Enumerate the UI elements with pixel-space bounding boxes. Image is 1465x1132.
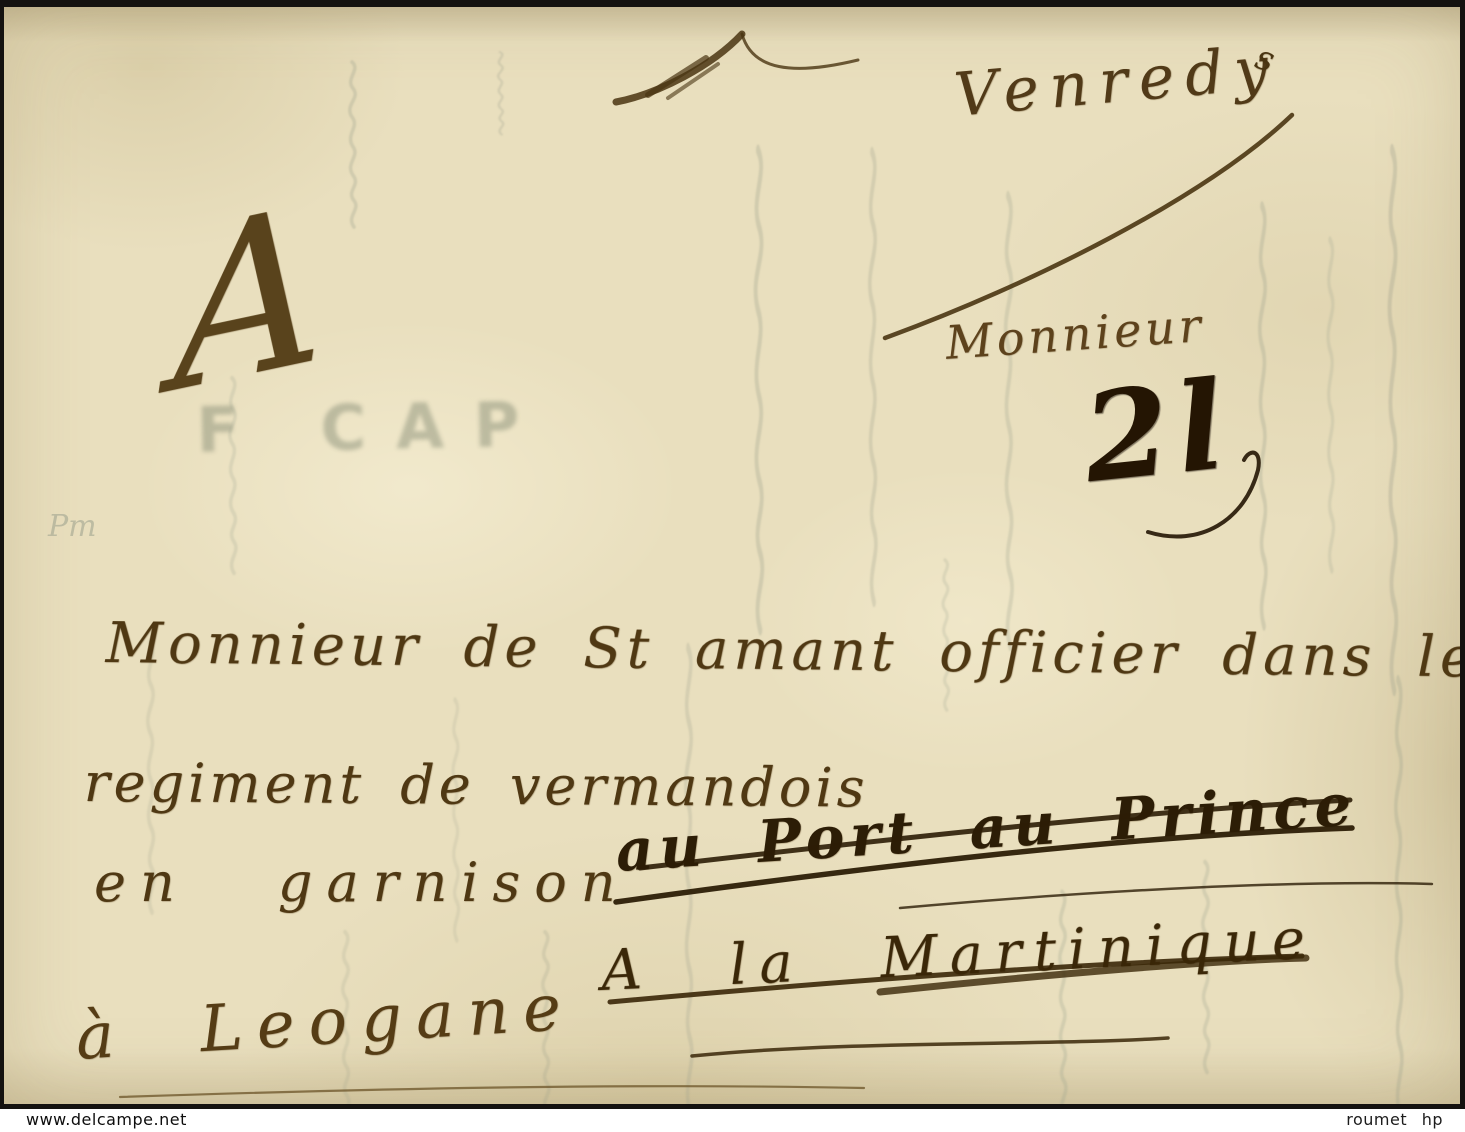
auction-photo-of-letter: Venredy s Monnieur 2l A F CAP Pm Monnieu… bbox=[0, 0, 1465, 1132]
strikethrough-martinique bbox=[610, 956, 1306, 1056]
watermark-roumet: roumet hp bbox=[1346, 1110, 1443, 1129]
caption-bar: www.delcampe.net roumet hp bbox=[0, 1109, 1465, 1132]
strikethrough-port-au-prince bbox=[616, 800, 1432, 908]
photo-frame-left bbox=[0, 0, 4, 1108]
day-note-tail-flourish bbox=[885, 115, 1292, 338]
top-center-pen-flourish bbox=[616, 34, 858, 102]
photo-frame-top bbox=[0, 0, 1465, 7]
postal-rate-tail-swirl bbox=[1148, 453, 1259, 537]
ink-stroke-layer bbox=[0, 0, 1465, 1108]
leogane-underline bbox=[120, 1086, 864, 1097]
watermark-delcampe: www.delcampe.net bbox=[26, 1110, 187, 1129]
photo-frame-right bbox=[1460, 0, 1465, 1108]
